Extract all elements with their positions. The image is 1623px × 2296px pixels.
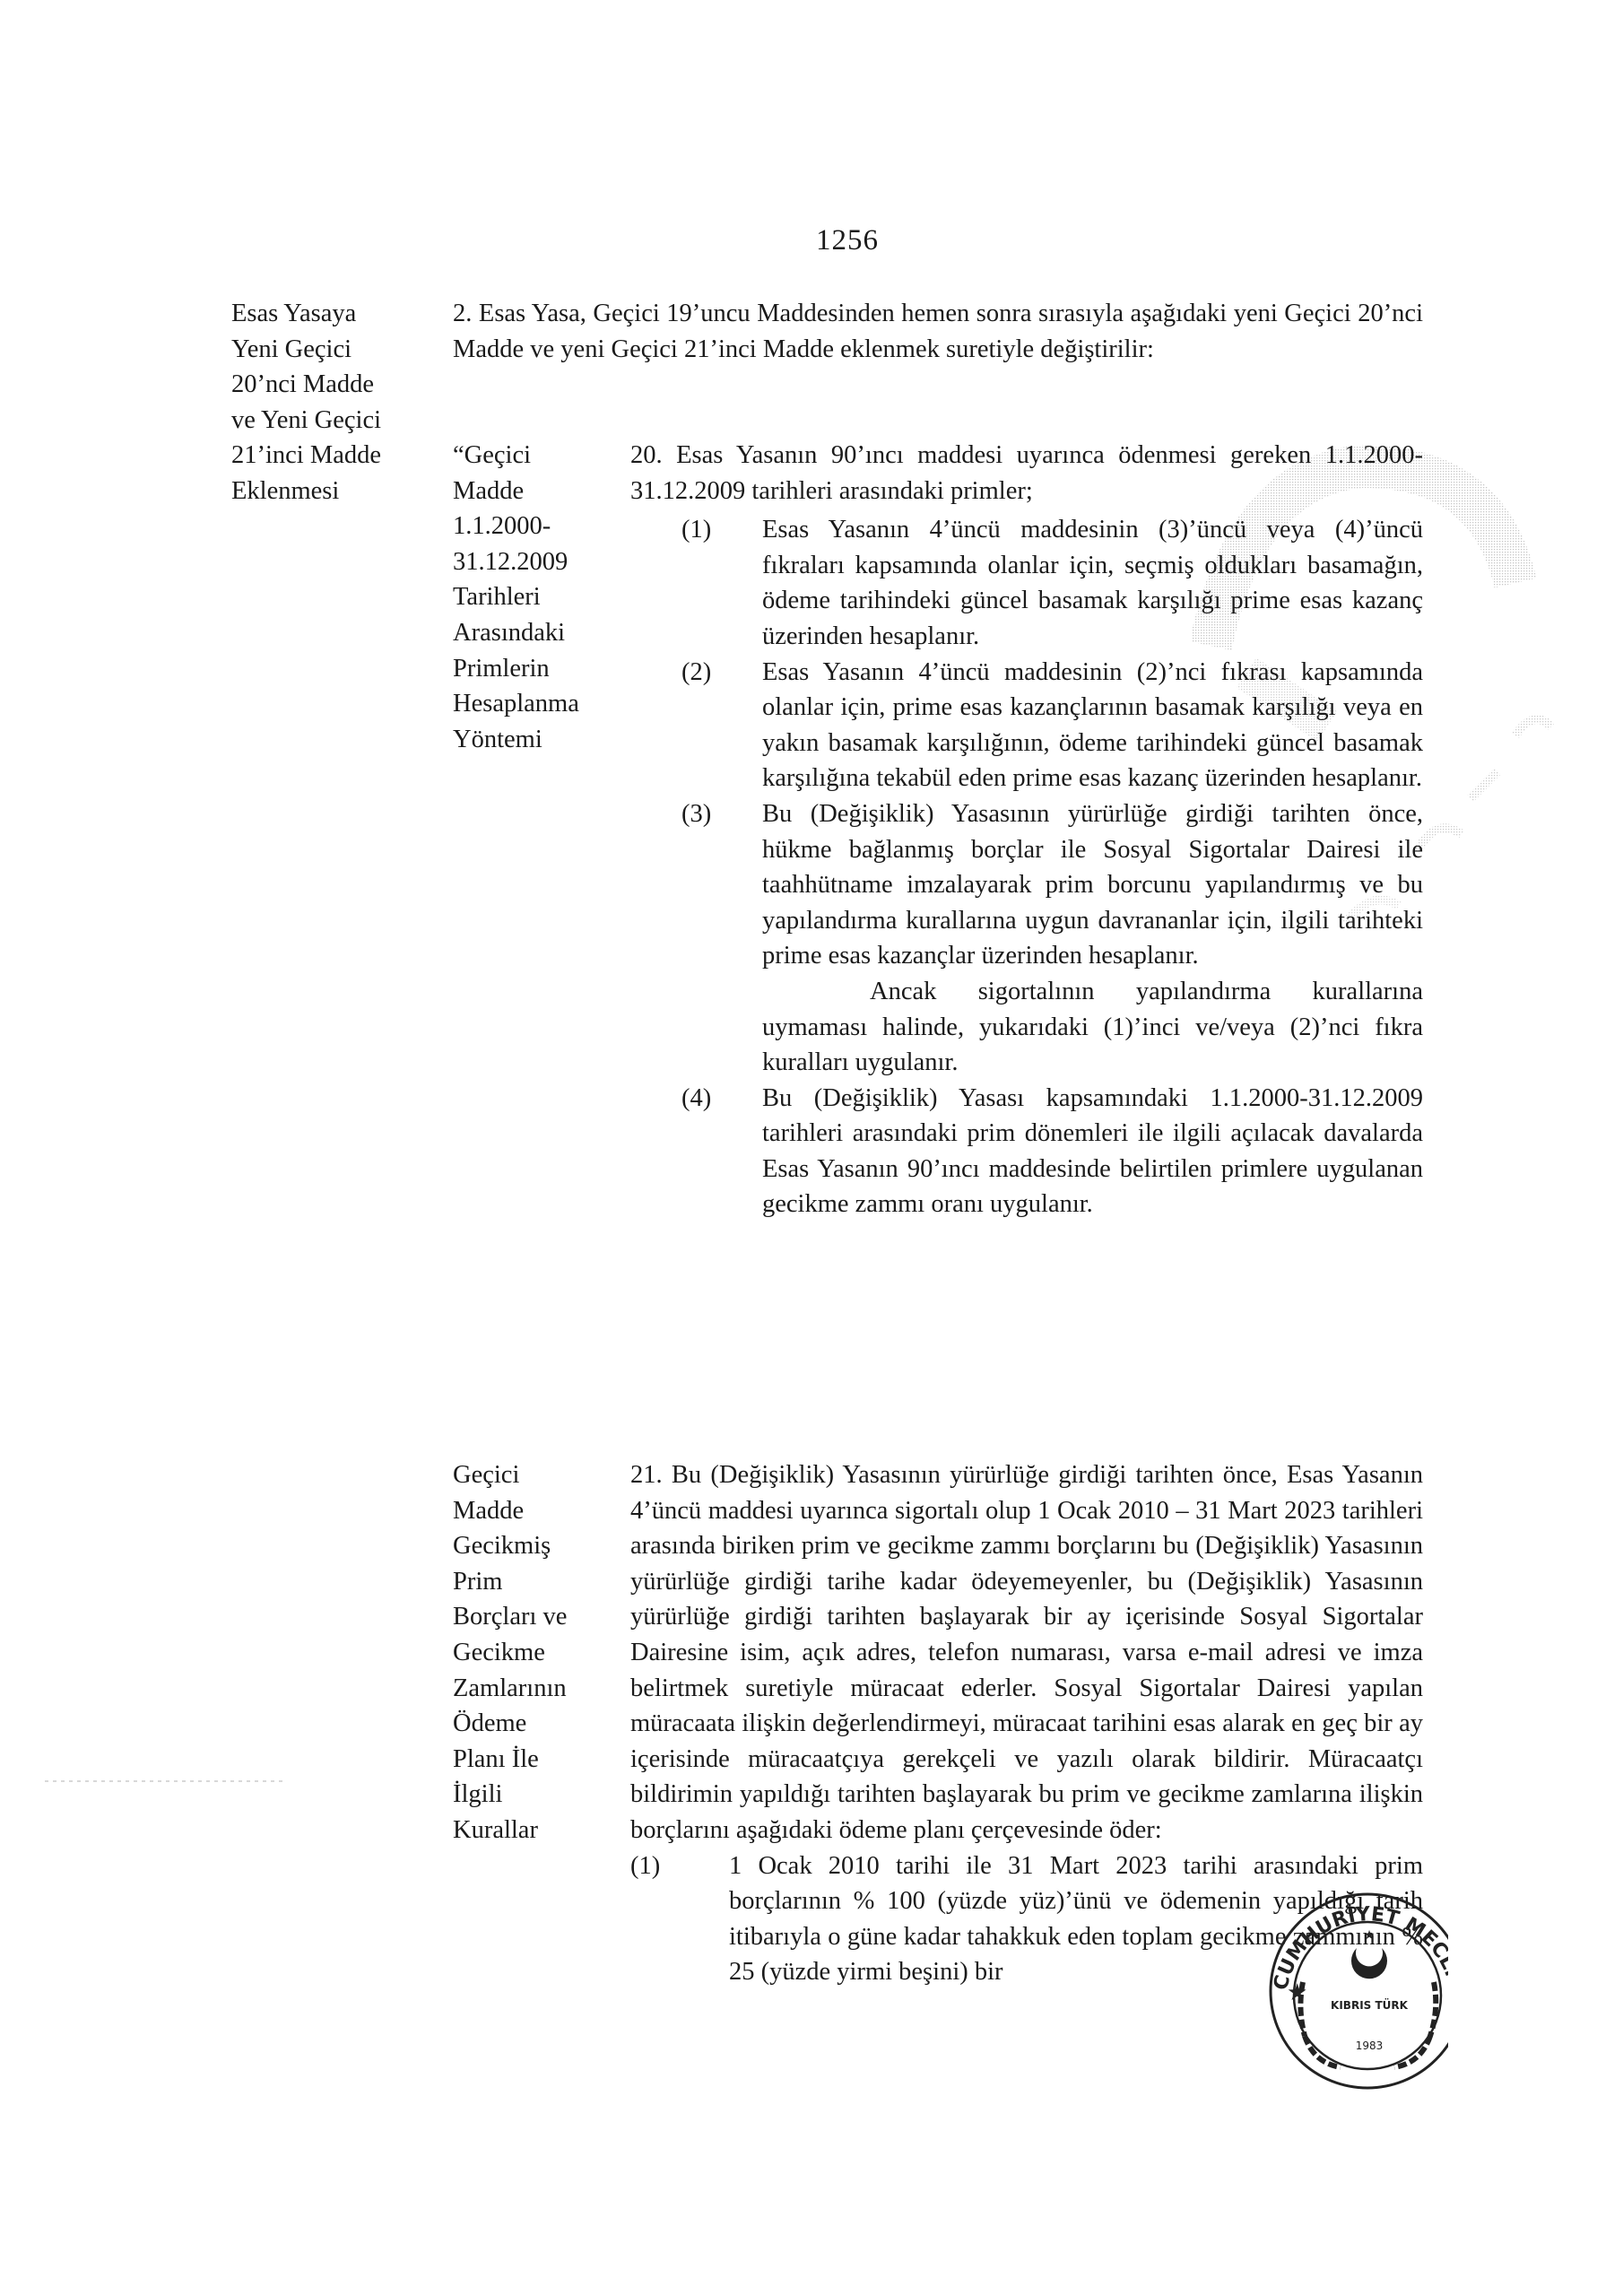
item-text: Esas Yasanın 4’üncü maddesinin (2)’nci f… — [762, 655, 1423, 796]
page-number: 1256 — [0, 224, 1623, 257]
gecici-20-lead: 20. Esas Yasanın 90’ıncı maddesi uyarınc… — [630, 438, 1423, 509]
margin-title-line: 21’inci Madde — [231, 438, 442, 474]
scan-artifact-line — [45, 1780, 282, 1782]
margin-title-line: Borçları ve — [453, 1599, 623, 1635]
margin-title-line: 1.1.2000- — [453, 509, 623, 544]
gecici-20-item-3: (3) Bu (Değişiklik) Yasasının yürürlüğe … — [630, 796, 1423, 1081]
margin-title-line: İlgili — [453, 1777, 623, 1813]
margin-title-line: Prim — [453, 1564, 623, 1600]
margin-title-line: Arasındaki — [453, 615, 623, 651]
margin-title-gecici-21: Geçici Madde Gecikmiş Prim Borçları ve G… — [453, 1457, 623, 1848]
gecici-21-item-1: (1) 1 Ocak 2010 tarihi ile 31 Mart 2023 … — [630, 1848, 1423, 1990]
item-text: Esas Yasanın 4’üncü maddesinin (3)’üncü … — [762, 512, 1423, 654]
margin-title-line: Madde — [453, 1493, 623, 1529]
margin-title-line: Gecikmiş — [453, 1528, 623, 1564]
gecici-21-lead: 21. Bu (Değişiklik) Yasasının yürürlüğe … — [630, 1457, 1423, 1848]
margin-title-line: Planı İle — [453, 1742, 623, 1778]
gecici-20-item-4: (4) Bu (Değişiklik) Yasası kapsamındaki … — [630, 1081, 1423, 1222]
item-text: Bu (Değişiklik) Yasası kapsamındaki 1.1.… — [762, 1081, 1423, 1222]
item-number: (2) — [681, 655, 711, 691]
margin-title-line: Yeni Geçici — [231, 332, 442, 368]
gecici-20-body: 20. Esas Yasanın 90’ıncı maddesi uyarınc… — [630, 438, 1423, 1222]
margin-title-line: Geçici — [453, 1457, 623, 1493]
margin-title-line: “Geçici — [453, 438, 623, 474]
margin-title-line: Esas Yasaya — [231, 296, 442, 332]
margin-title-gecici-20: “Geçici Madde 1.1.2000- 31.12.2009 Tarih… — [453, 438, 623, 757]
margin-title-line: Kurallar — [453, 1813, 623, 1848]
margin-title-line: Tarihleri — [453, 579, 623, 615]
item-number: (3) — [681, 796, 711, 832]
margin-title-line: 20’nci Madde — [231, 367, 442, 403]
item-number: (1) — [630, 1848, 660, 1884]
margin-title-line: Hesaplanma — [453, 686, 623, 722]
gecici-21-body: 21. Bu (Değişiklik) Yasasının yürürlüğe … — [630, 1457, 1423, 1990]
gecici-20-item-1: (1) Esas Yasanın 4’üncü maddesinin (3)’ü… — [630, 512, 1423, 654]
margin-title-line: ve Yeni Geçici — [231, 403, 442, 439]
stamp-text-center: KIBRIS TÜRK — [1331, 1998, 1409, 2012]
item-text: Bu (Değişiklik) Yasasının yürürlüğe gird… — [762, 796, 1423, 974]
margin-title-line: Eklenmesi — [231, 474, 442, 509]
margin-title-line: Ödeme — [453, 1706, 623, 1742]
item-number: (1) — [681, 512, 711, 548]
margin-title-line: Zamlarının — [453, 1671, 623, 1707]
margin-title-section-2: Esas Yasaya Yeni Geçici 20’nci Madde ve … — [231, 296, 442, 509]
margin-title-line: Madde — [453, 474, 623, 509]
section-2-intro: 2. Esas Yasa, Geçici 19’uncu Maddesinden… — [453, 296, 1423, 367]
item-text: 1 Ocak 2010 tarihi ile 31 Mart 2023 tari… — [729, 1848, 1423, 1990]
document-page: 1256 Esas Yasaya Yeni Geçici 20’nci Madd… — [0, 0, 1623, 2296]
margin-title-line: 31.12.2009 — [453, 544, 623, 580]
svg-text:1983: 1983 — [1356, 2039, 1384, 2052]
margin-title-line: Primlerin — [453, 651, 623, 687]
gecici-20-item-2: (2) Esas Yasanın 4’üncü maddesinin (2)’n… — [630, 655, 1423, 796]
item-number: (4) — [681, 1081, 711, 1117]
margin-title-line: Yöntemi — [453, 722, 623, 758]
margin-title-line: Gecikme — [453, 1635, 623, 1671]
item-sub-paragraph: Ancak sigortalının yapılandırma kurallar… — [762, 974, 1423, 1081]
